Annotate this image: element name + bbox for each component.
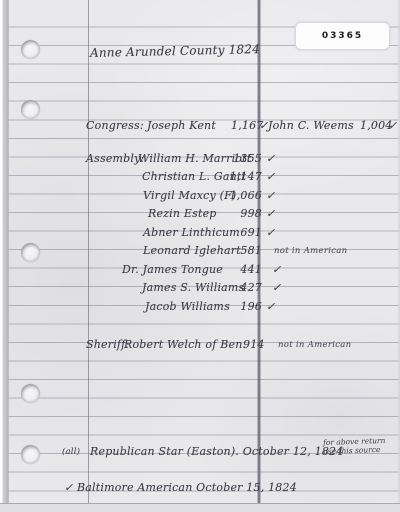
hole-punch [21, 100, 40, 119]
check-mark: ✓ [266, 189, 275, 202]
vote-count: 1,066 [228, 189, 262, 202]
source-annotation: not in American [274, 246, 347, 256]
check-mark: ✓ [388, 119, 397, 132]
hole-punch [21, 384, 40, 403]
vote-count: 914 [243, 338, 265, 351]
candidate-name: Leonard Iglehart [143, 244, 241, 257]
assembly-row: Rezin Estep 998 ✓ [0, 207, 400, 224]
check-mark: ✓ [266, 226, 275, 239]
assembly-row: Jacob Williams 196 ✓ [0, 300, 400, 317]
scanned-ledger-page: 03365 Anne Arundel County 1824 Congress:… [0, 0, 400, 512]
source-scope-note: (all) [62, 447, 80, 457]
office-label: Congress: [86, 119, 144, 132]
hole-punch [21, 40, 40, 59]
check-mark: ✓ [272, 263, 281, 276]
vote-count: 441 [228, 263, 262, 276]
candidate-name: Virgil Maxcy (F) [143, 189, 236, 202]
candidate-name: Rezin Estep [148, 207, 217, 220]
assembly-row: Leonard Iglehart 581 not in American [0, 244, 400, 261]
vote-count: 691 [228, 226, 262, 239]
catalog-number: 03365 [296, 23, 389, 49]
candidate-name: Robert Welch of Ben. [124, 338, 246, 351]
catalog-number-label: 03365 [295, 22, 390, 50]
check-mark: ✓ [272, 281, 281, 294]
office-label: Assembly: [86, 152, 144, 165]
assembly-row: Dr. James Tongue 441 ✓ [0, 263, 400, 280]
candidate-name: John C. Weems [268, 119, 354, 132]
page-title: Anne Arundel County 1824 [90, 42, 260, 60]
office-label: Sheriff: [86, 338, 129, 351]
candidate-name: Joseph Kent [147, 119, 216, 132]
assembly-row: Assembly: William H. Marriott 1355 ✓ [0, 152, 400, 169]
vote-count: 1,147 [228, 170, 262, 183]
vote-count: 581 [228, 244, 262, 257]
page-bottom-edge [0, 503, 400, 512]
check-mark: ✓ [259, 119, 268, 132]
check-mark: ✓ [64, 481, 73, 494]
vote-count: 998 [228, 207, 262, 220]
assembly-row: Virgil Maxcy (F) 1,066 ✓ [0, 189, 400, 206]
source-row: ✓ Baltimore American October 15, 1824 [0, 481, 400, 498]
assembly-row: Abner Linthicum 691 ✓ [0, 226, 400, 243]
assembly-row: James S. Williams 427 ✓ [0, 281, 400, 298]
check-mark: ✓ [266, 207, 275, 220]
sheriff-row: Sheriff: Robert Welch of Ben. 914 not in… [0, 338, 400, 355]
vote-count: 1355 [228, 152, 262, 165]
source-citation: Baltimore American October 15, 1824 [77, 481, 297, 494]
congress-row: Congress: Joseph Kent 1,167 ✓ John C. We… [0, 119, 400, 136]
source-annotation: not in American [278, 340, 351, 350]
check-mark: ✓ [266, 300, 275, 313]
check-mark: ✓ [266, 152, 275, 165]
source-citation: Republican Star (Easton). October 12, 18… [90, 445, 343, 458]
assembly-row: Christian L. Gantt 1,147 ✓ [0, 170, 400, 187]
vote-count: 196 [228, 300, 262, 313]
check-mark: ✓ [266, 170, 275, 183]
candidate-name: Dr. James Tongue [122, 263, 223, 276]
candidate-name: Abner Linthicum [143, 226, 240, 239]
vote-count: 427 [228, 281, 262, 294]
candidate-name: Jacob Williams [145, 300, 230, 313]
